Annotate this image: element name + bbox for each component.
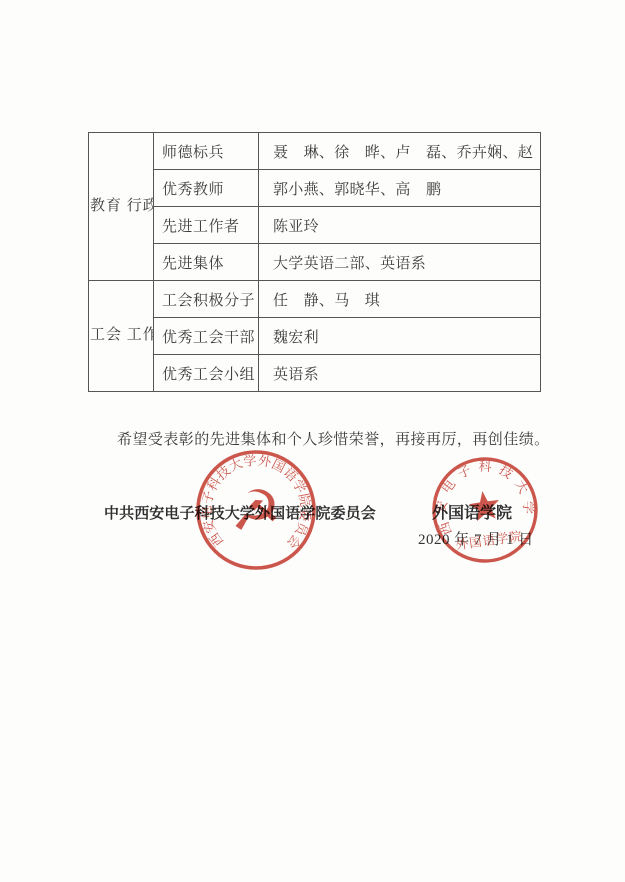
table-row: 先进集体 大学英语二部、英语系	[89, 244, 541, 281]
school-seal-icon: 西安电子科技大学 外国语学院	[423, 448, 547, 572]
award-cell: 工会积极分子	[154, 281, 259, 318]
award-cell: 优秀教师	[154, 170, 259, 207]
star-icon	[467, 489, 501, 522]
table-row: 教育 行政 师德标兵 聂 琳、徐 晔、卢 磊、乔卉娴、赵 璐	[89, 133, 541, 170]
table-row: 工会 工作 工会积极分子 任 静、马 琪	[89, 281, 541, 318]
document-page: 教育 行政 师德标兵 聂 琳、徐 晔、卢 磊、乔卉娴、赵 璐 优秀教师 郭小燕、…	[0, 0, 625, 882]
award-cell: 先进集体	[154, 244, 259, 281]
recipients-cell: 英语系	[259, 355, 541, 392]
category-cell-education-admin: 教育 行政	[89, 133, 154, 281]
recipients-cell: 聂 琳、徐 晔、卢 磊、乔卉娴、赵 璐	[259, 133, 541, 170]
category-cell-union-work: 工会 工作	[89, 281, 154, 392]
school-seal-bottom-text: 外国语学院	[455, 528, 524, 552]
committee-seal-icon: 西安电子科技大学外国语学院委员会 ☭	[194, 448, 318, 572]
recipients-cell: 任 静、马 琪	[259, 281, 541, 318]
hammer-sickle-icon: ☭	[231, 479, 281, 544]
table-row: 优秀教师 郭小燕、郭晓华、高 鹏	[89, 170, 541, 207]
recipients-cell: 魏宏利	[259, 318, 541, 355]
table-row: 先进工作者 陈亚玲	[89, 207, 541, 244]
award-cell: 先进工作者	[154, 207, 259, 244]
awards-table: 教育 行政 师德标兵 聂 琳、徐 晔、卢 磊、乔卉娴、赵 璐 优秀教师 郭小燕、…	[88, 132, 541, 392]
recipients-cell: 陈亚玲	[259, 207, 541, 244]
award-cell: 优秀工会小组	[154, 355, 259, 392]
award-cell: 优秀工会干部	[154, 318, 259, 355]
recipients-cell: 郭小燕、郭晓华、高 鹏	[259, 170, 541, 207]
closing-sentence: 希望受表彰的先进集体和个人珍惜荣誉，再接再厉，再创佳绩。	[117, 428, 550, 449]
table-row: 优秀工会小组 英语系	[89, 355, 541, 392]
recipients-cell: 大学英语二部、英语系	[259, 244, 541, 281]
award-cell: 师德标兵	[154, 133, 259, 170]
table-row: 优秀工会干部 魏宏利	[89, 318, 541, 355]
